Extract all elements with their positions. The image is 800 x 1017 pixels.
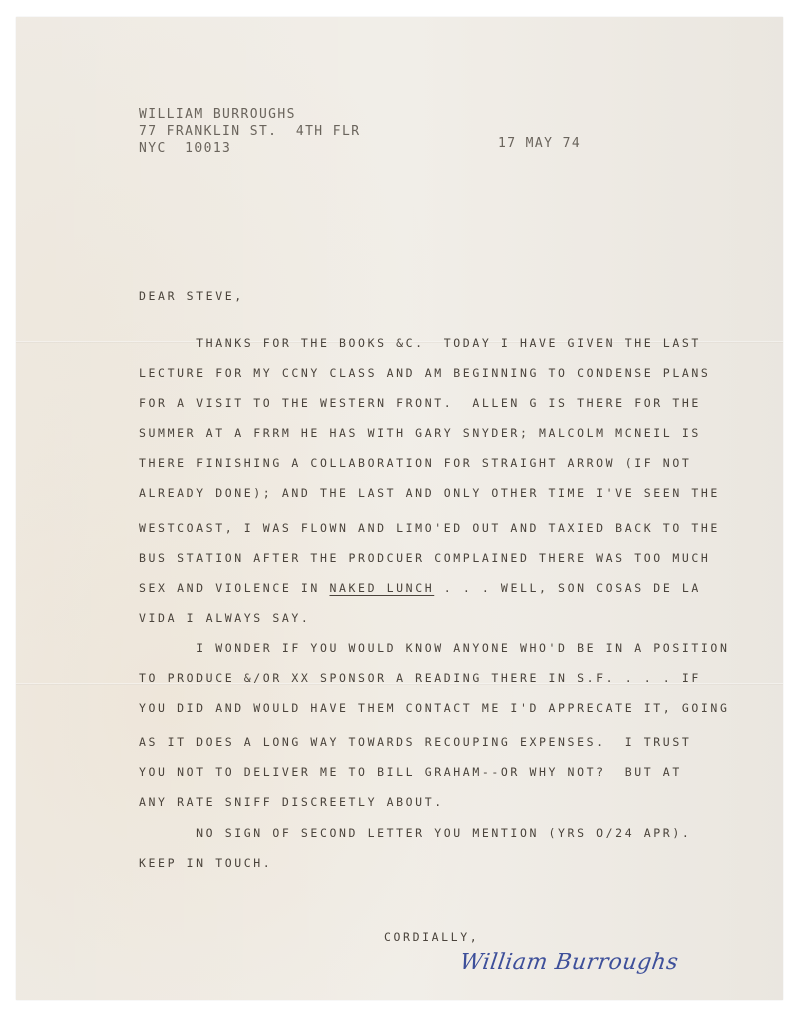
body-line-4: summer at a frrm he has with Gary Snyder… xyxy=(139,426,701,440)
body-line-12: to produce &/or xx sponsor a reading the… xyxy=(139,671,701,685)
body-line-15: you not to deliver me to Bill Graham--or… xyxy=(139,765,682,779)
body-line-10: vida I always say. xyxy=(139,611,310,625)
body-line-14: as it does a long way towards recouping … xyxy=(139,735,691,749)
body-line-11: I wonder if you would know anyone who'd … xyxy=(139,641,729,655)
body-line-8: bus station after the prodcuer complaine… xyxy=(139,551,710,565)
body-line-9: sex and violence in Naked Lunch . . . we… xyxy=(139,581,701,595)
body-line-7: westcoast, I was flown and limo'ed out a… xyxy=(139,521,720,535)
body-line-3: for a visit to the western front. Allen … xyxy=(139,396,701,410)
body-line-16: any rate sniff discreetly about. xyxy=(139,795,444,809)
handwritten-signature: William Burroughs xyxy=(458,950,680,975)
book-title: Naked Lunch xyxy=(329,581,434,595)
body-line-6: already done); and the last and only oth… xyxy=(139,486,720,500)
body-line-17: No sign of second letter you mention (yr… xyxy=(139,826,691,840)
body-line-2: lecture for my CCNY class and am beginni… xyxy=(139,366,710,380)
body-line-9-start: sex and violence in xyxy=(139,581,329,595)
letter-paper xyxy=(16,17,783,1000)
sender-city: NYC 10013 xyxy=(139,141,231,156)
body-line-1: Thanks for the books &c. Today I have gi… xyxy=(139,336,701,350)
letter-date: 17 May 74 xyxy=(498,136,581,151)
salutation: Dear Steve, xyxy=(139,289,244,303)
closing: Cordially, xyxy=(384,930,479,944)
body-line-18: Keep in touch. xyxy=(139,856,272,870)
body-line-5: there finishing a collaboration for Stra… xyxy=(139,456,691,470)
body-line-9-end: . . . well, son cosas de la xyxy=(434,581,701,595)
sender-name: William Burroughs xyxy=(139,107,296,122)
sender-street: 77 Franklin St. 4th flr xyxy=(139,124,360,139)
body-line-13: you did and would have them contact me I… xyxy=(139,701,729,715)
